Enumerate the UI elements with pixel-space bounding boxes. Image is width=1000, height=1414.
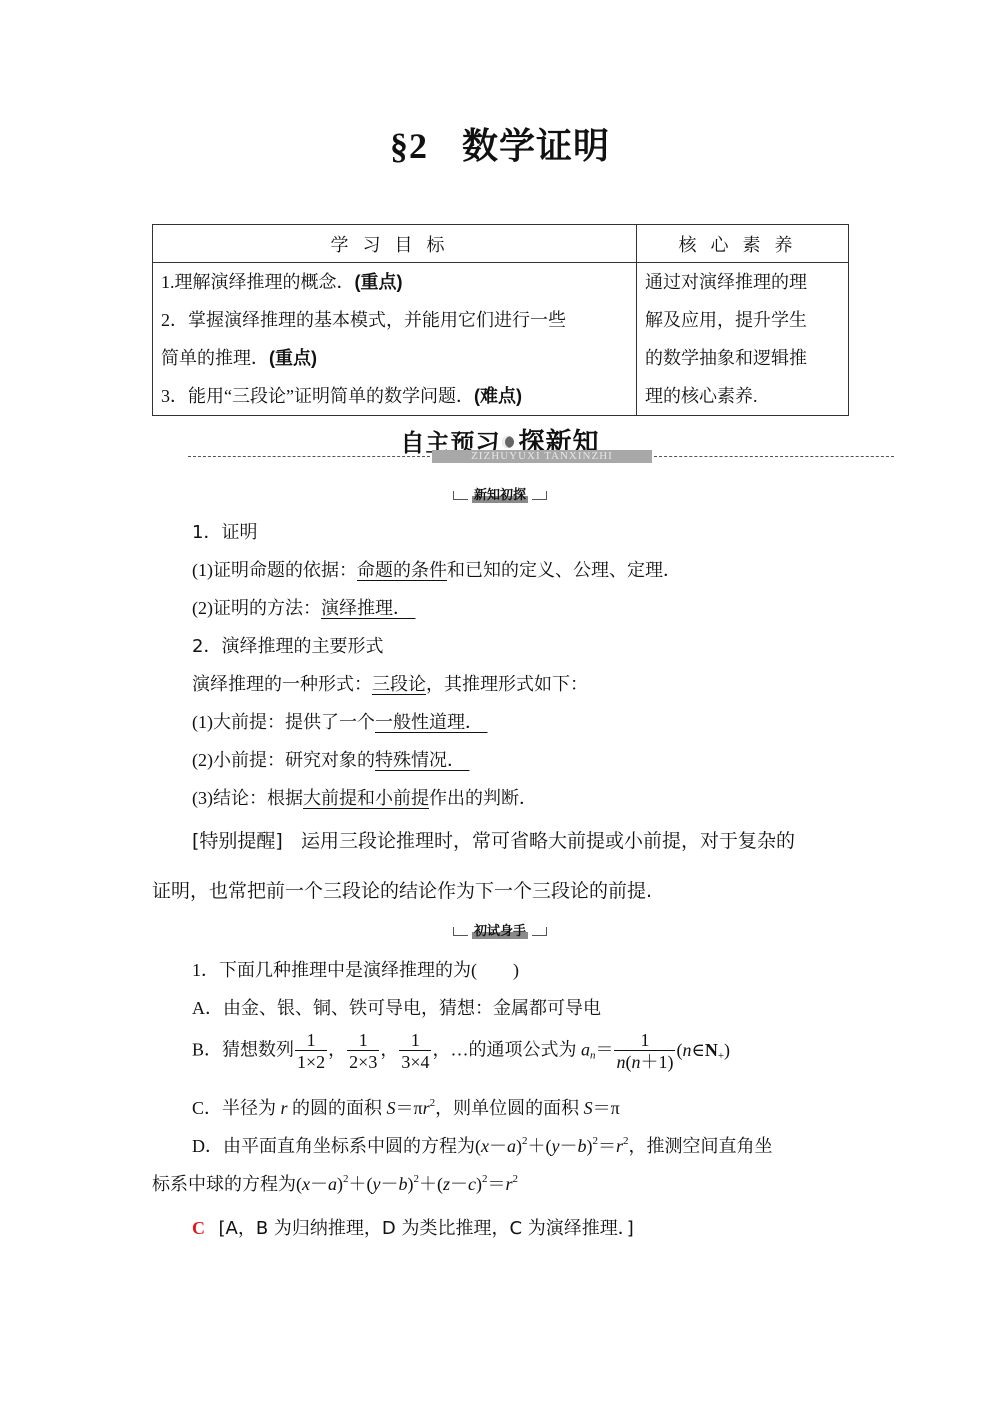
dashed-divider — [188, 456, 430, 457]
option-d-cont: 标系中球的方程为(x－a)2＋(y－b)2＋(z－c)2＝r2 — [152, 1170, 518, 1196]
knowledge-line: (2)小前提：研究对象的特殊情况． — [192, 746, 470, 772]
answer: C [A，B 为归纳推理，D 为类比推理，C 为演绎推理．] — [192, 1214, 634, 1240]
title-text: 数学证明 — [462, 126, 610, 166]
special-reminder: [特别提醒] 运用三段论推理时，常可省略大前提或小前提，对于复杂的 — [192, 826, 795, 853]
knowledge-line: (2)证明的方法：演绎推理． — [192, 594, 416, 620]
option-d: D．由平面直角坐标系中圆的方程为(x－a)2＋(y－b)2＝r2，推测空间直角坐 — [192, 1132, 773, 1158]
core-literacy-cell: 通过对演绎推理的理 解及应用，提升学生 的数学抽象和逻辑推 理的核心素养. — [637, 263, 849, 416]
answer-explanation: [A，B 为归纳推理，D 为类比推理，C 为演绎推理．] — [219, 1218, 634, 1239]
dashed-divider — [654, 456, 894, 457]
tag-try: 初试身手 — [0, 920, 1000, 939]
section-number: §2 — [390, 126, 428, 166]
goals-table: 学习目标 核心素养 1.理解演绎推理的概念．(重点) 2．掌握演绎推理的基本模式… — [152, 224, 849, 416]
special-reminder-cont: 证明，也常把前一个三段论的结论作为下一个三段论的前提. — [152, 876, 652, 903]
answer-letter: C — [192, 1218, 205, 1238]
page-title: §2数学证明 — [0, 118, 1000, 169]
goal-line: 1.理解演绎推理的概念．(重点) — [161, 263, 628, 301]
knowledge-line: (1)大前提：提供了一个一般性道理． — [192, 708, 488, 734]
option-a: A．由金、银、铜、铁可导电，猜想：金属都可导电 — [192, 994, 601, 1020]
tag-new-knowledge: 新知初探 — [0, 484, 1000, 503]
option-c: C．半径为 r 的圆的面积 S＝πr2，则单位圆的面积 S＝π — [192, 1094, 620, 1120]
question-stem: 1．下面几种推理中是演绎推理的为( ) — [192, 956, 519, 982]
reminder-label: [特别提醒] — [192, 830, 283, 852]
knowledge-line: (3)结论：根据大前提和小前提作出的判断． — [192, 784, 537, 810]
knowledge-line: (1)证明命题的依据：命题的条件和已知的定义、公理、定理． — [192, 556, 681, 582]
learning-goals-cell: 1.理解演绎推理的概念．(重点) 2．掌握演绎推理的基本模式，并能用它们进行一些… — [153, 263, 637, 416]
goal-line: 简单的推理．(重点) — [161, 339, 628, 377]
heading-proof: 1．证明 — [192, 518, 257, 544]
option-b: B．猜想数列11×2，12×3，13×4，…的通项公式为 an＝1n(n＋1)(… — [192, 1030, 730, 1073]
goal-line: 2．掌握演绎推理的基本模式，并能用它们进行一些 — [161, 301, 628, 339]
goal-line: 3．能用“三段论”证明简单的数学问题．(难点) — [161, 377, 628, 415]
header-learning-goals: 学习目标 — [153, 225, 637, 263]
bullet-icon — [502, 436, 514, 448]
heading-deductive-forms: 2．演绎推理的主要形式 — [192, 632, 383, 658]
banner-pinyin: ZIZHUYUXI TANXINZHI — [432, 450, 652, 463]
header-core-literacy: 核心素养 — [637, 225, 849, 263]
knowledge-line: 演绎推理的一种形式：三段论，其推理形式如下： — [192, 670, 588, 696]
